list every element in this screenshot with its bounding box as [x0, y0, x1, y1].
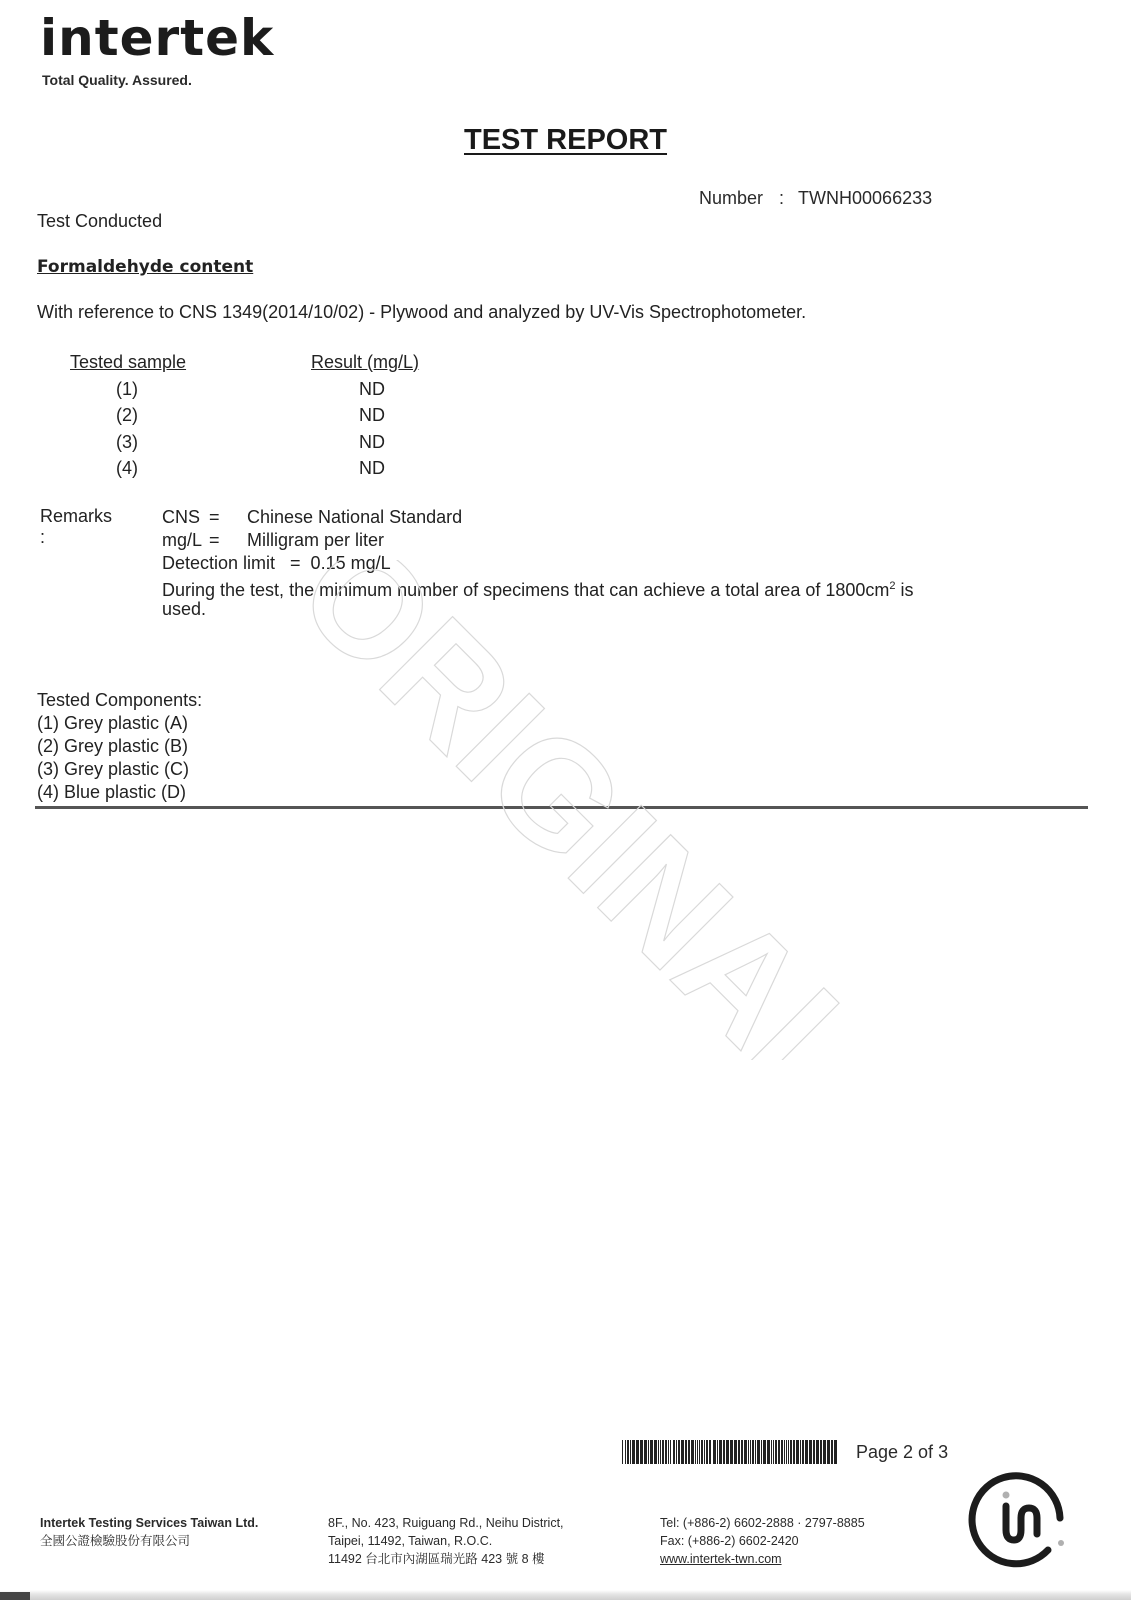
footer-address: 8F., No. 423, Ruiguang Rd., Neihu Distri…: [328, 1514, 564, 1568]
remark-key: CNS: [162, 506, 209, 529]
result-value: ND: [311, 429, 419, 456]
remark-key: mg/L: [162, 529, 209, 552]
report-number-label: Number: [699, 188, 763, 209]
intertek-in-logo-icon: [968, 1468, 1068, 1568]
section-heading: Formaldehyde content: [37, 257, 253, 277]
remark-value: Chinese National Standard: [247, 507, 462, 527]
remark-value: Milligram per liter: [247, 530, 384, 550]
result-value: ND: [311, 403, 419, 430]
header-result: Result (mg/L): [311, 348, 419, 376]
tel: Tel: (+886-2) 6602-2888 · 2797-8885: [660, 1514, 865, 1532]
address-line: 8F., No. 423, Ruiguang Rd., Neihu Distri…: [328, 1514, 564, 1532]
sample-id: (3): [70, 429, 311, 456]
fax: Fax: (+886-2) 6602-2420: [660, 1532, 865, 1550]
components-heading: Tested Components:: [37, 689, 202, 712]
component-item: (4) Blue plastic (D): [37, 781, 202, 804]
component-item: (1) Grey plastic (A): [37, 712, 202, 735]
table-row: (1) ND: [70, 376, 419, 403]
company-name-zh: 全國公證檢驗股份有限公司: [40, 1532, 258, 1550]
scan-edge: [0, 1590, 1131, 1600]
barcode: [622, 1440, 837, 1464]
table-row: (3) ND: [70, 429, 419, 456]
footer-company: Intertek Testing Services Taiwan Ltd. 全國…: [40, 1514, 258, 1550]
page-title: TEST REPORT: [464, 124, 667, 157]
table-row: (4) ND: [70, 456, 419, 483]
original-watermark: ORIGINAL: [220, 560, 900, 1060]
footer-contact: Tel: (+886-2) 6602-2888 · 2797-8885 Fax:…: [660, 1514, 865, 1568]
svg-text:ORIGINAL: ORIGINAL: [267, 560, 900, 1060]
sample-id: (4): [70, 456, 311, 483]
address-line: Taipei, 11492, Taiwan, R.O.C.: [328, 1532, 564, 1550]
component-item: (2) Grey plastic (B): [37, 735, 202, 758]
remarks-label: Remarks :: [40, 506, 112, 548]
result-value: ND: [311, 376, 419, 403]
remark-item: mg/L=Milligram per liter: [162, 529, 962, 552]
remark-equals: =: [209, 529, 247, 552]
sample-id: (1): [70, 376, 311, 403]
address-line: 11492 台北市內湖區瑞光路 423 號 8 樓: [328, 1550, 564, 1568]
website-link[interactable]: www.intertek-twn.com: [660, 1552, 782, 1566]
colon: :: [779, 188, 784, 209]
test-conducted-label: Test Conducted: [37, 211, 162, 232]
table-row: (2) ND: [70, 403, 419, 430]
tested-components: Tested Components: (1) Grey plastic (A) …: [37, 689, 202, 804]
remark-item: CNS=Chinese National Standard: [162, 506, 962, 529]
sample-id: (2): [70, 403, 311, 430]
page-number: Page 2 of 3: [856, 1442, 948, 1463]
company-name-en: Intertek Testing Services Taiwan Ltd.: [40, 1514, 258, 1532]
intertek-logo: intertek: [40, 8, 274, 68]
report-number: Number:TWNH00066233: [699, 188, 932, 209]
results-table: Tested sample Result (mg/L) (1) ND (2) N…: [70, 348, 419, 482]
logo-tagline: Total Quality. Assured.: [42, 72, 192, 88]
header-tested-sample: Tested sample: [70, 348, 311, 376]
component-item: (3) Grey plastic (C): [37, 758, 202, 781]
reference-text: With reference to CNS 1349(2014/10/02) -…: [37, 302, 806, 323]
report-number-value: TWNH00066233: [798, 188, 932, 209]
remark-equals: =: [209, 506, 247, 529]
result-value: ND: [311, 456, 419, 483]
